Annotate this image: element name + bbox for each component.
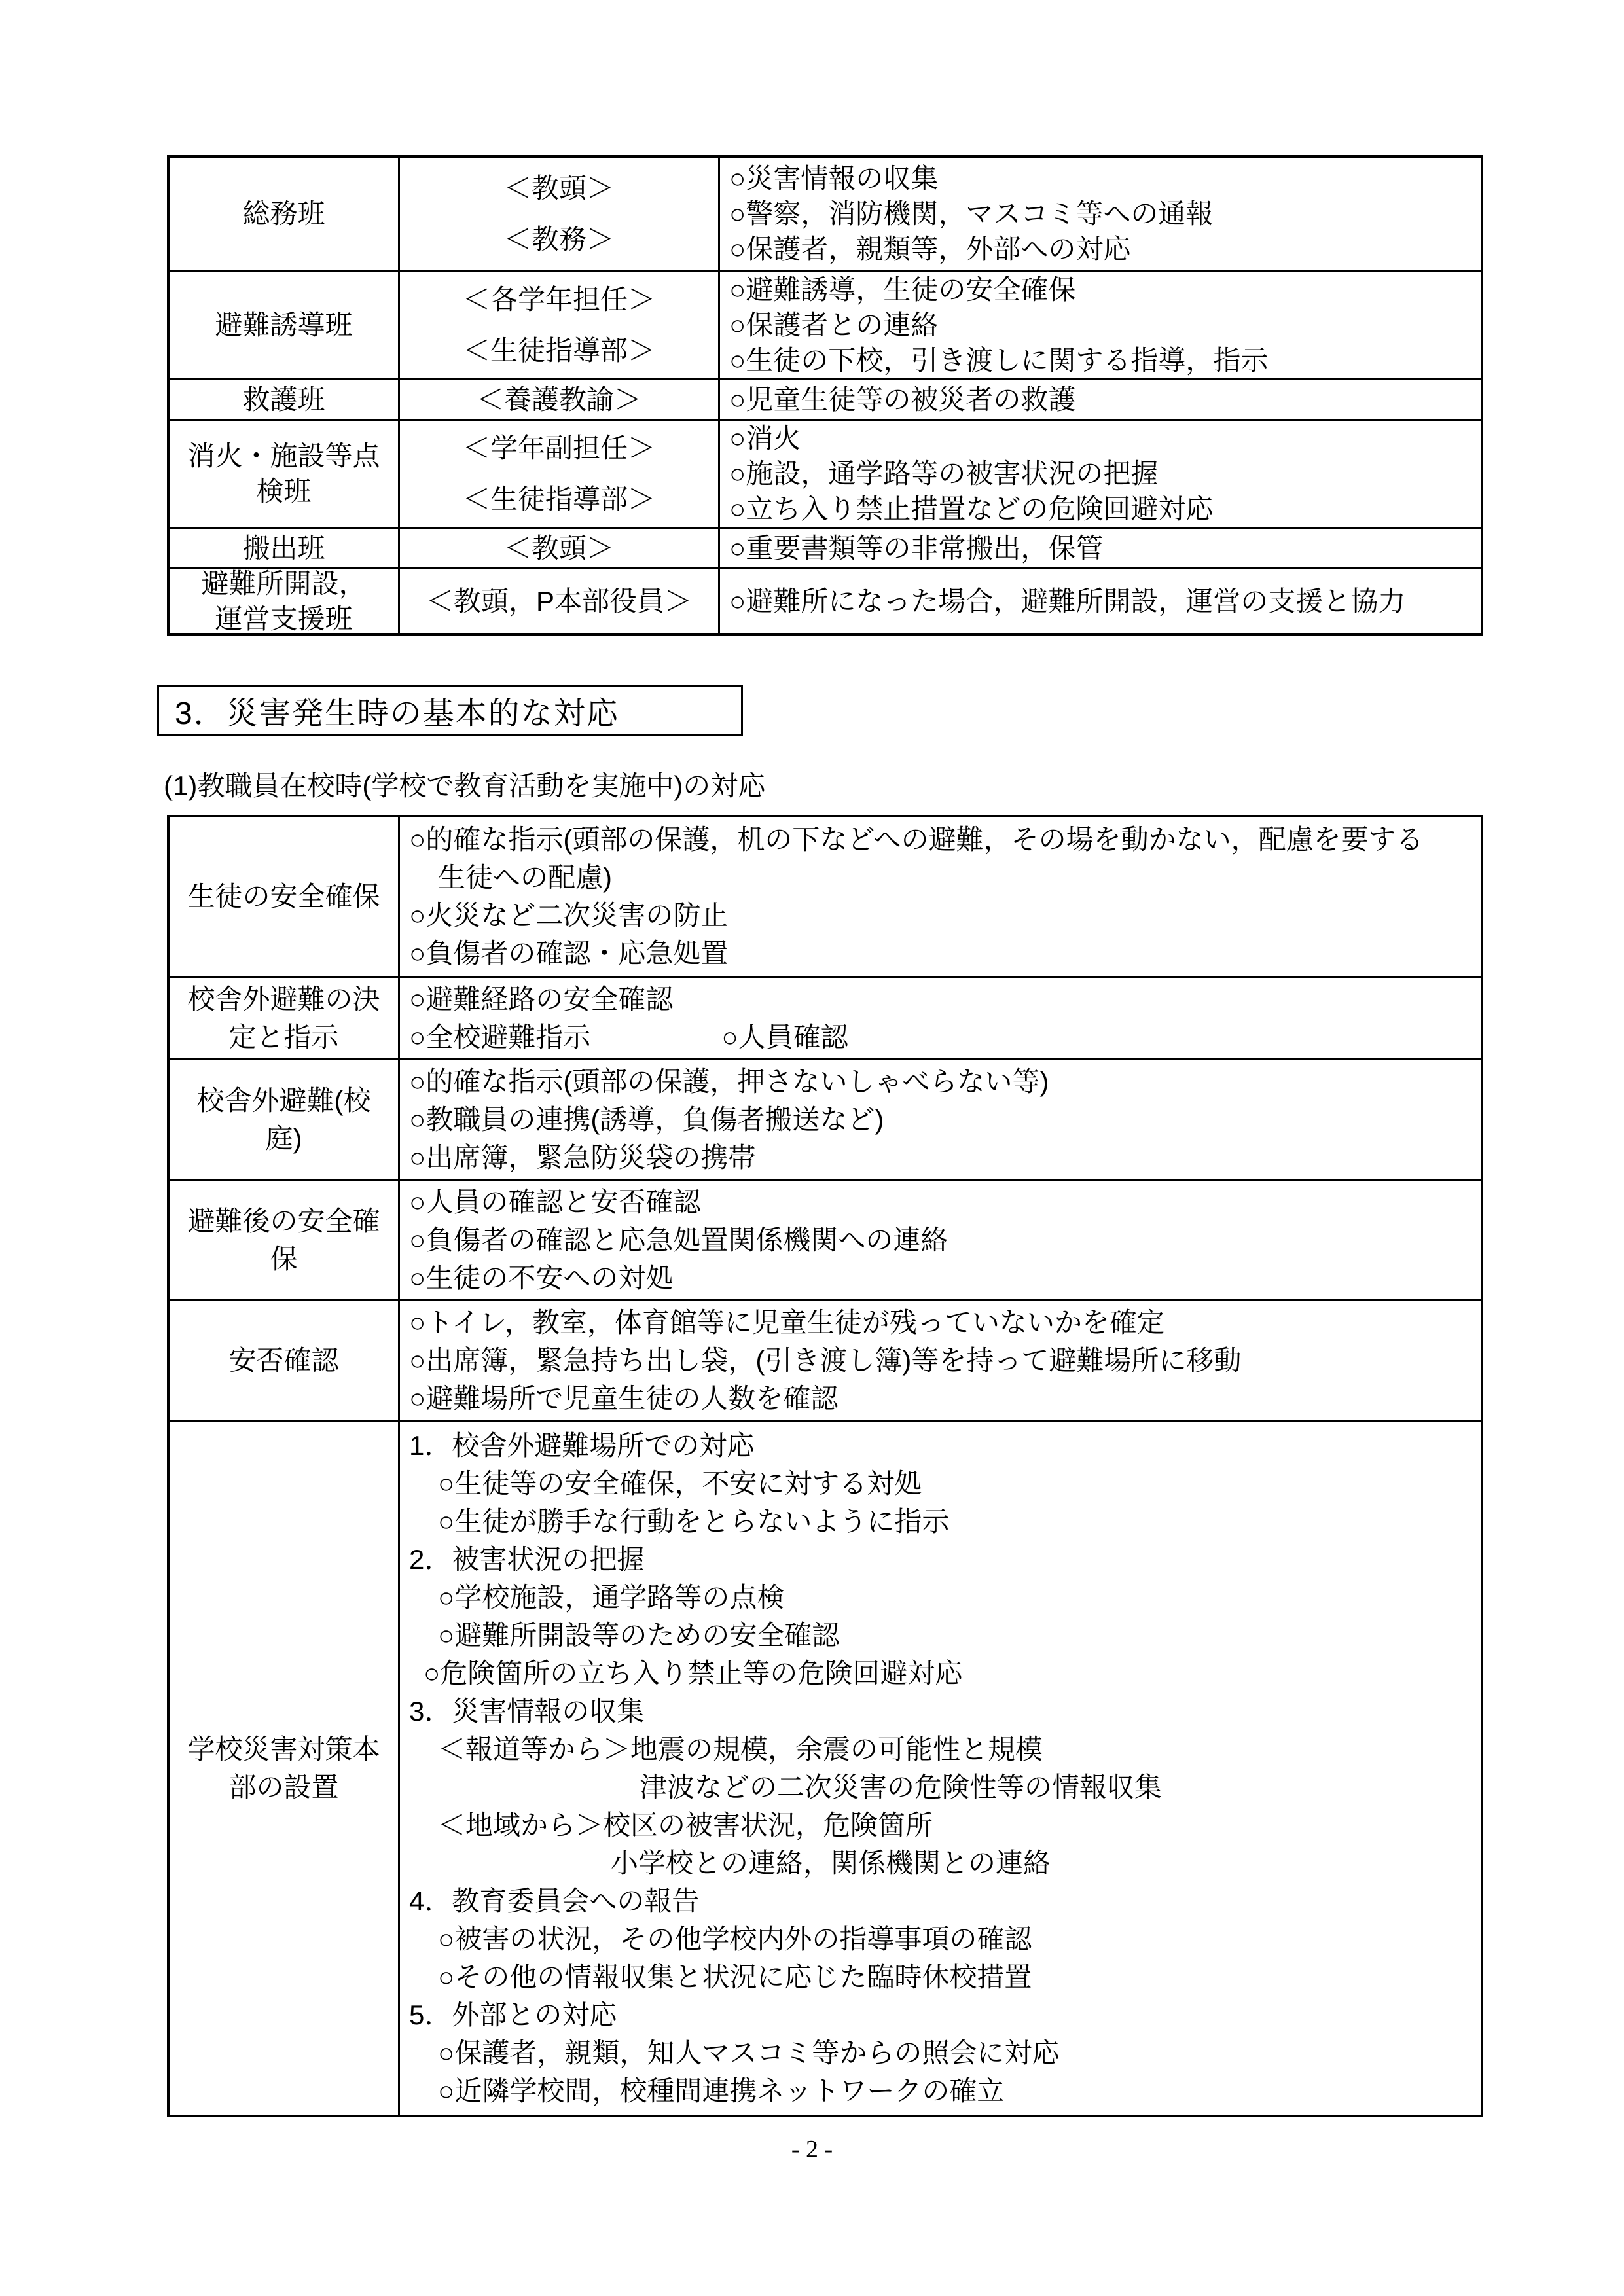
duties-cell: ○避難誘導，生徒の安全確保 ○保護者との連絡 ○生徒の下校，引き渡しに関する指導… xyxy=(718,270,1482,378)
content-line: 1．校舎外避難場所での対応 xyxy=(409,1427,754,1465)
content-cell: 1．校舎外避難場所での対応 ○生徒等の安全確保，不安に対する対処 ○生徒が勝手な… xyxy=(398,1420,1482,2115)
content-line: 2．被害状況の把握 xyxy=(409,1541,644,1579)
duties-cell: ○重要書類等の非常搬出，保管 xyxy=(718,527,1482,567)
content-line: ○教職員の連携(誘導，負傷者搬送など) xyxy=(409,1101,884,1139)
content-line: ○学校施設，通学路等の点検 xyxy=(409,1579,784,1617)
row-label: 安否確認 xyxy=(228,1342,338,1380)
team-label: 総務班 xyxy=(242,196,325,232)
content-cell: ○的確な指示(頭部の保護，押さないしゃべらない等) ○教職員の連携(誘導，負傷者… xyxy=(398,1058,1482,1179)
section-heading: 3．災害発生時の基本的な対応 xyxy=(175,688,619,733)
duty-line: ○災害情報の収集 xyxy=(729,161,938,196)
content-line: ○避難経路の安全確認 xyxy=(409,980,673,1018)
content-cell: ○的確な指示(頭部の保護，机の下などへの避難，その場を動かない，配慮を要する 生… xyxy=(398,817,1482,976)
content-line: ○火災など二次災害の防止 xyxy=(409,897,728,935)
content-line: 3．災害情報の収集 xyxy=(409,1693,644,1731)
label-cell: 安否確認 xyxy=(170,1299,398,1420)
content-line: 4．教育委員会への報告 xyxy=(409,1882,699,1920)
content-segment: ○人員確認 xyxy=(721,1018,848,1056)
row-label: 生徒の安全確保 xyxy=(187,878,380,916)
section-heading-box: 3．災害発生時の基本的な対応 xyxy=(157,685,743,736)
team-label: 消火・施設等点 xyxy=(187,439,380,474)
duty-line: ○警察，消防機関，マスコミ等への通報 xyxy=(729,196,1213,232)
team-label: 救護班 xyxy=(242,382,325,418)
staff-cell: ＜教頭＞ xyxy=(398,527,718,567)
label-cell: 校舎外避難(校庭) xyxy=(170,1058,398,1179)
content-line: ○的確な指示(頭部の保護，机の下などへの避難，その場を動かない，配慮を要する xyxy=(409,821,1424,859)
content-line: ○生徒の不安への対処 xyxy=(409,1259,673,1297)
team-cell: 避難誘導班 xyxy=(170,270,398,378)
label-cell: 避難後の安全確保 xyxy=(170,1179,398,1299)
team-label: 搬出班 xyxy=(242,531,325,566)
staff-label: ＜各学年担任＞ xyxy=(463,282,655,317)
content-line: ○出席簿，緊急持ち出し袋，(引き渡し簿)等を持って避難場所に移動 xyxy=(409,1342,1241,1380)
content-cell: ○避難経路の安全確認 ○全校避難指示 ○人員確認 xyxy=(398,976,1482,1058)
row-label: 避難後の安全確 xyxy=(187,1202,380,1240)
content-line: 生徒への配慮) xyxy=(409,859,612,897)
team-cell: 消火・施設等点検班 xyxy=(170,419,398,527)
content-line: 小学校との連絡，関係機関との連絡 xyxy=(409,1844,1051,1882)
row-label: 校舎外避難(校 xyxy=(197,1082,371,1120)
team-label: 避難誘導班 xyxy=(215,308,352,343)
content-line: ○避難場所で児童生徒の人数を確認 xyxy=(409,1380,838,1418)
content-line: ○生徒等の安全確保，不安に対する対処 xyxy=(409,1465,922,1503)
staff-cell: ＜養護教諭＞ xyxy=(398,378,718,419)
content-line: 5．外部との対応 xyxy=(409,1996,617,2034)
content-line: ○避難所開設等のための安全確認 xyxy=(409,1617,839,1655)
team-label: 避難所開設， xyxy=(201,567,366,601)
staff-label: ＜教頭，P本部役員＞ xyxy=(426,584,692,619)
response-table: 生徒の安全確保 ○的確な指示(頭部の保護，机の下などへの避難，その場を動かない，… xyxy=(167,815,1483,2117)
content-line: ○負傷者の確認・応急処置 xyxy=(409,935,728,973)
row-label: 学校災害対策本 xyxy=(187,1731,380,1768)
content-line: ＜地域から＞校区の被害状況，危険箇所 xyxy=(409,1806,933,1844)
label-cell: 校舎外避難の決定と指示 xyxy=(170,976,398,1058)
row-label: 定と指示 xyxy=(228,1018,338,1056)
content-line: 津波などの二次災害の危険性等の情報収集 xyxy=(409,1768,1162,1806)
staff-label: ＜生徒指導部＞ xyxy=(463,482,655,517)
duties-cell: ○災害情報の収集 ○警察，消防機関，マスコミ等への通報 ○保護者，親類等，外部へ… xyxy=(718,158,1482,270)
organization-table: 総務班 ＜教頭＞＜教務＞ ○災害情報の収集 ○警察，消防機関，マスコミ等への通報… xyxy=(167,155,1483,636)
duty-line: ○避難誘導，生徒の安全確保 xyxy=(729,272,1075,308)
content-line: ○人員の確認と安否確認 xyxy=(409,1183,700,1221)
duty-line: ○避難所になった場合，避難所開設，運営の支援と協力 xyxy=(729,584,1405,619)
content-cell: ○人員の確認と安否確認 ○負傷者の確認と応急処置関係機関への連絡 ○生徒の不安へ… xyxy=(398,1179,1482,1299)
content-line: ○近隣学校間，校種間連携ネットワークの確立 xyxy=(409,2072,1004,2110)
content-line: ○危険箇所の立ち入り禁止等の危険回避対応 xyxy=(409,1655,962,1693)
content-line: ○生徒が勝手な行動をとらないように指示 xyxy=(409,1503,949,1541)
staff-label: ＜養護教諭＞ xyxy=(477,382,641,418)
duty-line: ○重要書類等の非常搬出，保管 xyxy=(729,531,1103,566)
duty-line: ○消火 xyxy=(729,421,801,456)
staff-label: ＜教務＞ xyxy=(504,222,614,257)
row-label: 保 xyxy=(270,1240,297,1278)
team-cell: 搬出班 xyxy=(170,527,398,567)
content-segment: ○全校避難指示 xyxy=(409,1018,590,1056)
duty-line: ○施設，通学路等の被害状況の把握 xyxy=(729,456,1158,492)
label-cell: 生徒の安全確保 xyxy=(170,817,398,976)
team-cell: 総務班 xyxy=(170,158,398,270)
content-line: ○保護者，親類，知人マスコミ等からの照会に対応 xyxy=(409,2034,1059,2072)
team-label: 検班 xyxy=(256,474,311,509)
content-line: ○被害の状況，その他学校内外の指導事項の確認 xyxy=(409,1920,1032,1958)
duty-line: ○保護者との連絡 xyxy=(729,308,938,343)
page-number: - 2 - xyxy=(0,2135,1624,2164)
duty-line: ○立ち入り禁止措置などの危険回避対応 xyxy=(729,492,1213,527)
content-line: ○出席簿，緊急防災袋の携帯 xyxy=(409,1139,755,1177)
label-cell: 学校災害対策本部の設置 xyxy=(170,1420,398,2115)
duty-line: ○生徒の下校，引き渡しに関する指導，指示 xyxy=(729,343,1268,378)
staff-cell: ＜教頭＞＜教務＞ xyxy=(398,158,718,270)
row-label: 校舎外避難の決 xyxy=(187,980,380,1018)
content-cell: ○トイレ，教室，体育館等に児童生徒が残っていないかを確定 ○出席簿，緊急持ち出し… xyxy=(398,1299,1482,1420)
content-line: ○その他の情報収集と状況に応じた臨時休校措置 xyxy=(409,1958,1032,1996)
document-page: 総務班 ＜教頭＞＜教務＞ ○災害情報の収集 ○警察，消防機関，マスコミ等への通報… xyxy=(0,0,1624,2296)
duty-line: ○保護者，親類等，外部への対応 xyxy=(729,232,1130,267)
staff-label: ＜学年副担任＞ xyxy=(463,431,655,466)
content-line: ＜報道等から＞地震の規模，余震の可能性と規模 xyxy=(409,1731,1043,1768)
duties-cell: ○児童生徒等の被災者の救護 xyxy=(718,378,1482,419)
content-line: ○全校避難指示 ○人員確認 xyxy=(409,1018,848,1056)
content-line: ○トイレ，教室，体育館等に児童生徒が残っていないかを確定 xyxy=(409,1304,1164,1342)
team-cell: 救護班 xyxy=(170,378,398,419)
section-subheading: (1)教職員在校時(学校で教育活動を実施中)の対応 xyxy=(164,770,765,802)
staff-cell: ＜学年副担任＞＜生徒指導部＞ xyxy=(398,419,718,527)
content-line: ○負傷者の確認と応急処置関係機関への連絡 xyxy=(409,1221,948,1259)
duty-line: ○児童生徒等の被災者の救護 xyxy=(729,382,1075,418)
team-label: 運営支援班 xyxy=(215,601,352,634)
duties-cell: ○避難所になった場合，避難所開設，運営の支援と協力 xyxy=(718,567,1482,633)
staff-cell: ＜教頭，P本部役員＞ xyxy=(398,567,718,633)
staff-label: ＜生徒指導部＞ xyxy=(463,333,655,368)
staff-label: ＜教頭＞ xyxy=(504,531,614,566)
row-label: 庭) xyxy=(266,1120,302,1158)
staff-label: ＜教頭＞ xyxy=(504,171,614,206)
staff-cell: ＜各学年担任＞＜生徒指導部＞ xyxy=(398,270,718,378)
content-line: ○的確な指示(頭部の保護，押さないしゃべらない等) xyxy=(409,1063,1049,1101)
duties-cell: ○消火 ○施設，通学路等の被害状況の把握 ○立ち入り禁止措置などの危険回避対応 xyxy=(718,419,1482,527)
row-label: 部の設置 xyxy=(228,1768,338,1806)
team-cell: 避難所開設，運営支援班 xyxy=(170,567,398,633)
